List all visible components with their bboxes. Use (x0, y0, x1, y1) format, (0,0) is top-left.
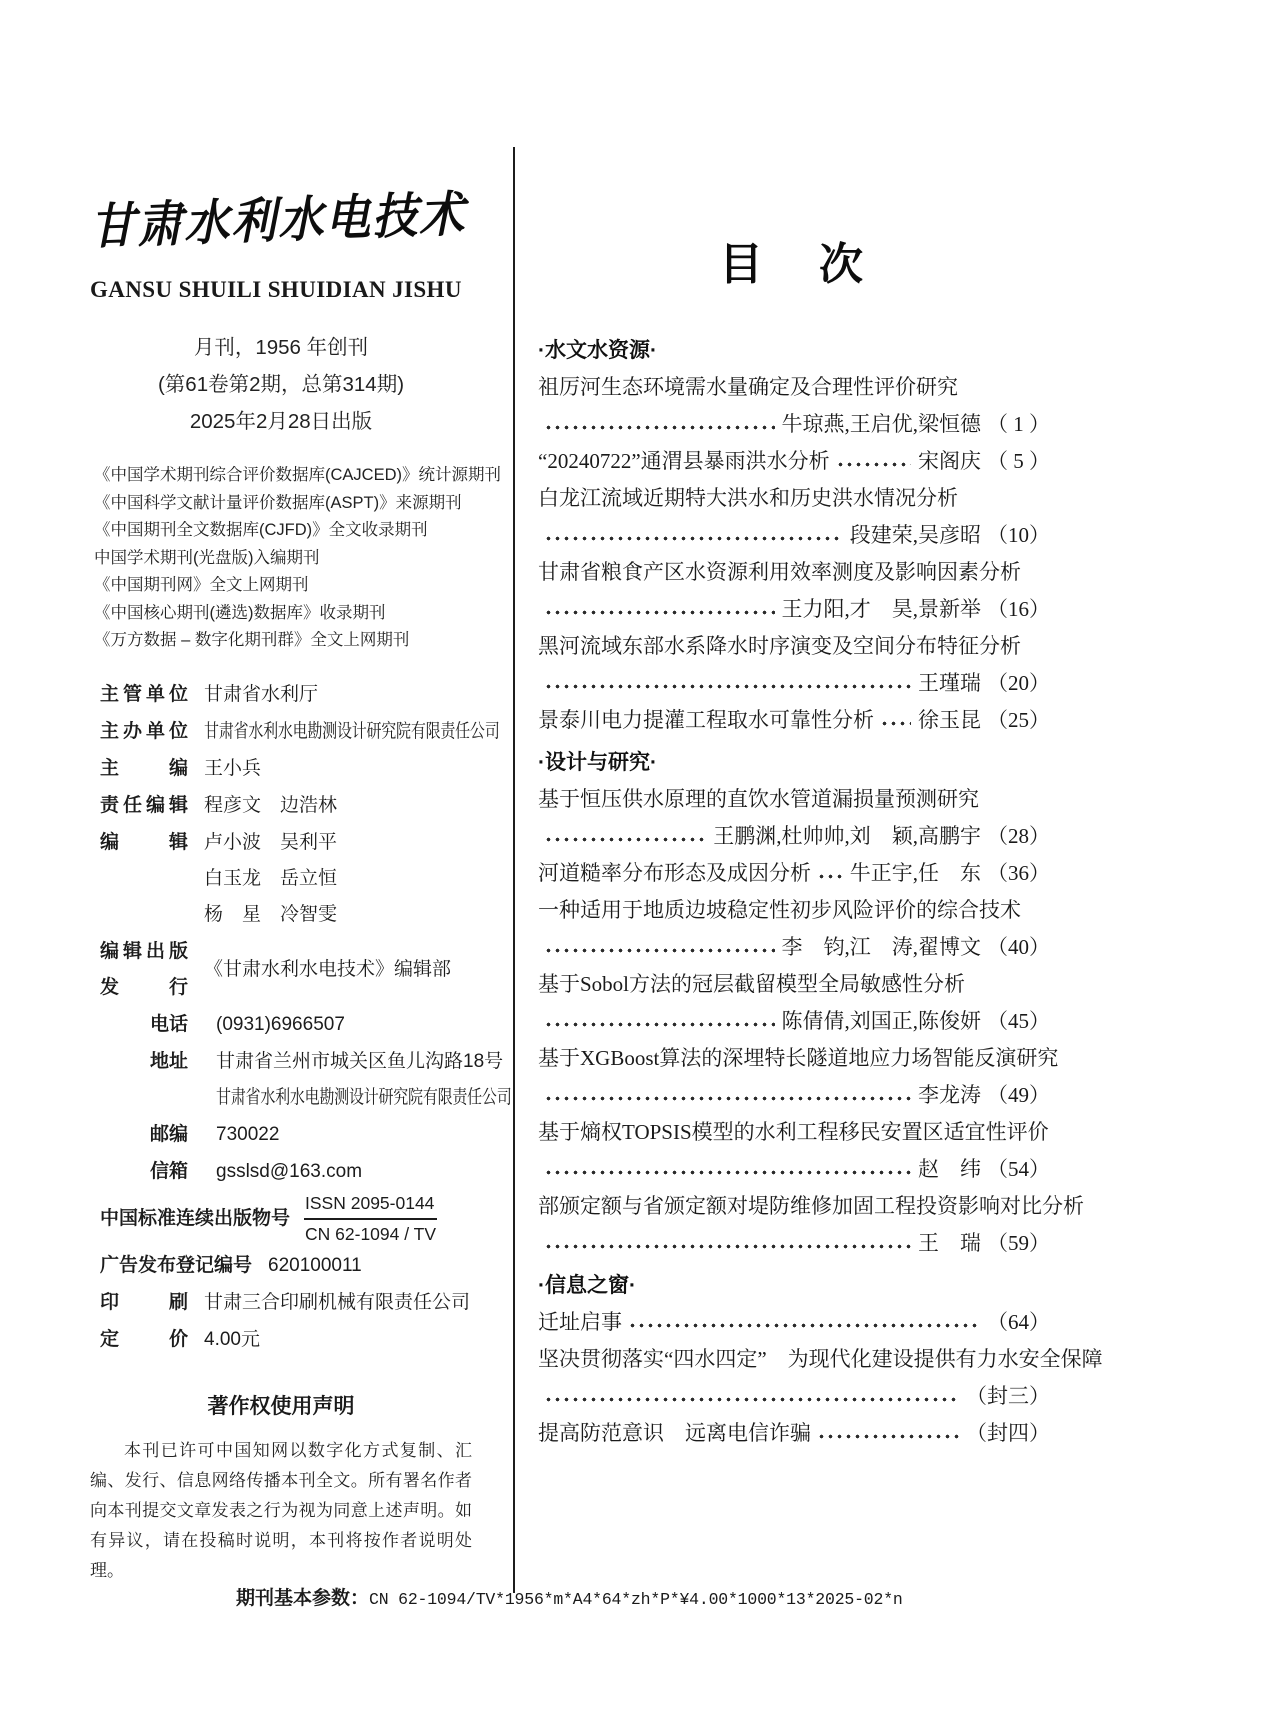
imprint-value-text: 杨 星 冷智雯 (204, 904, 337, 925)
copyright-statement-body: 本刊已许可中国知网以数字化方式复制、汇编、发行、信息网络传播本刊全文。所有署名作… (90, 1436, 472, 1586)
toc-entry: 甘肃省粮食产区水资源利用效率测度及影响因素分析王力阳,才 昊,景新举（16） (538, 554, 1050, 628)
imprint-value: 卢小波 吴利平白玉龙 岳立恒杨 星 冷智雯 (204, 825, 337, 933)
imprint-label: 广告发布登记编号 (100, 1248, 252, 1284)
imprint-row: 印刷甘肃三合印刷机械有限责任公司 (100, 1285, 472, 1321)
masthead-column: 甘肃水利水电技术 GANSU SHUILI SHUIDIAN JISHU 月刊，… (90, 190, 472, 1586)
imprint-value-line: 甘肃省水利水电勘测设计研究院有限责任公司 (204, 714, 472, 750)
toc-entry-authors: 王鹏渊,杜帅帅,刘 颖,高鹏宇 (713, 818, 981, 855)
imprint-row: 广告发布登记编号620100011 (100, 1248, 472, 1284)
toc-section-heading: ·信息之窗· (538, 1267, 1050, 1304)
imprint-value-line: 620100011 (268, 1248, 362, 1284)
imprint-value-text: 王小兵 (204, 758, 261, 779)
toc-leader-dots (542, 665, 911, 702)
toc-entry-page: （ 5 ） (987, 443, 1050, 480)
imprint-value-text: 白玉龙 岳立恒 (204, 868, 337, 889)
toc-entry-page: （封三） (966, 1378, 1050, 1415)
column-divider-line (513, 147, 515, 1593)
toc-entry: 基于Sobol方法的冠层截留模型全局敏感性分析陈倩倩,刘国正,陈俊妍（45） (538, 966, 1050, 1040)
imprint-row: 主办单位甘肃省水利水电勘测设计研究院有限责任公司 (100, 714, 472, 750)
publication-info: 月刊，1956 年创刊 (第61卷第2期，总第314期) 2025年2月28日出… (90, 329, 472, 440)
imprint-label: 邮编 (100, 1117, 188, 1153)
toc-entry-title: 黑河流域东部水系降水时序演变及空间分布特征分析 (538, 628, 1050, 665)
imprint-row: 主管单位甘肃省水利厅 (100, 677, 472, 713)
indexing-entry: 《中国期刊网》全文上网期刊 (94, 572, 472, 600)
imprint-label: 地址 (100, 1044, 188, 1080)
toc-entry-page: （40） (987, 929, 1050, 966)
toc-entry-title: 提高防范意识 远离电信诈骗 (538, 1415, 811, 1452)
imprint-value-line: 甘肃省水利水电勘测设计研究院有限责任公司 (216, 1080, 472, 1116)
toc-entry-title: 白龙江流域近期特大洪水和历史洪水情况分析 (538, 480, 1050, 517)
toc-entry-title: 迁址启事 (538, 1304, 622, 1341)
imprint-value-line: 甘肃省兰州市城关区鱼儿沟路18号 (216, 1044, 472, 1080)
toc-entry: “20240722”通渭县暴雨洪水分析宋阁庆（ 5 ） (538, 443, 1050, 480)
toc-entry: 提高防范意识 远离电信诈骗（封四） (538, 1415, 1050, 1452)
toc-leader-dots (542, 1003, 775, 1040)
imprint-block: 主管单位甘肃省水利厅主办单位甘肃省水利水电勘测设计研究院有限责任公司主编王小兵责… (90, 677, 472, 1359)
imprint-value-line: 甘肃省水利厅 (204, 677, 318, 713)
toc-entry-title: 甘肃省粮食产区水资源利用效率测度及影响因素分析 (538, 554, 1050, 591)
toc-entry-authors: 王瑾瑞 (918, 665, 981, 702)
toc-entry-row: 赵 纬（54） (538, 1151, 1050, 1188)
copyright-statement-title: 著作权使用声明 (90, 1390, 472, 1420)
toc-entry-title: 河道糙率分布形态及成因分析 (538, 855, 811, 892)
imprint-value: 甘肃三合印刷机械有限责任公司 (204, 1285, 470, 1321)
imprint-value: 730022 (216, 1117, 279, 1153)
toc-leader-dots (542, 1378, 959, 1415)
imprint-value: 4.00元 (204, 1322, 260, 1358)
toc-entry: 景泰川电力提灌工程取水可靠性分析徐玉昆（25） (538, 702, 1050, 739)
toc-entry-row: 迁址启事（64） (538, 1304, 1050, 1341)
toc-entry-authors: 赵 纬 (918, 1151, 981, 1188)
imprint-label: 主管单位 (100, 677, 188, 713)
imprint-label-line: 编辑出版 (100, 934, 188, 970)
imprint-value-text: 甘肃三合印刷机械有限责任公司 (204, 1292, 470, 1313)
footer-label: 期刊基本参数： (236, 1588, 369, 1609)
toc-entry-authors: 牛琼燕,王启优,梁恒德 (782, 406, 982, 443)
toc-entry-page: （59） (987, 1225, 1050, 1262)
toc-entry-row: 李 钧,江 涛,翟博文（40） (538, 929, 1050, 966)
imprint-label: 主办单位 (100, 714, 188, 750)
toc-entry-row: 牛琼燕,王启优,梁恒德（ 1 ） (538, 406, 1050, 443)
imprint-value: 王小兵 (204, 751, 261, 787)
imprint-row: 地址甘肃省兰州市城关区鱼儿沟路18号甘肃省水利水电勘测设计研究院有限责任公司 (100, 1044, 472, 1116)
toc-entry-page: （16） (987, 591, 1050, 628)
journal-parameters-footer: 期刊基本参数：CN 62-1094/TV*1956*m*A4*64*zh*P*¥… (236, 1583, 903, 1610)
imprint-value-text: 730022 (216, 1124, 279, 1145)
imprint-row: 中国标准连续出版物号ISSN 2095-0144CN 62-1094 / TV (100, 1191, 472, 1248)
imprint-value-text: 卢小波 吴利平 (204, 832, 337, 853)
toc-entry-row: （封三） (538, 1378, 1050, 1415)
toc-entry-page: （45） (987, 1003, 1050, 1040)
imprint-row: 定价4.00元 (100, 1322, 472, 1358)
toc-entry-page: （10） (987, 517, 1050, 554)
toc-entry-row: 段建荣,吴彦昭（10） (538, 517, 1050, 554)
toc-section-heading: ·水文水资源· (538, 332, 1050, 369)
toc-entry-authors: 李 钧,江 涛,翟博文 (782, 929, 982, 966)
toc-entry-title: 部颁定额与省颁定额对堤防维修加固工程投资影响对比分析 (538, 1188, 1050, 1225)
toc-entry-page: （封四） (966, 1415, 1050, 1452)
toc-entry-title: 一种适用于地质边坡稳定性初步风险评价的综合技术 (538, 892, 1050, 929)
indexing-entry: 中国学术期刊(光盘版)入编期刊 (94, 545, 472, 573)
journal-pinyin-title: GANSU SHUILI SHUIDIAN JISHU (90, 277, 472, 303)
toc-body: ·水文水资源·祖厉河生态环境需水量确定及合理性评价研究牛琼燕,王启优,梁恒德（ … (538, 332, 1050, 1452)
toc-entry-page: （54） (987, 1151, 1050, 1188)
indexing-entry: 《中国期刊全文数据库(CJFD)》全文收录期刊 (94, 517, 472, 545)
imprint-value: 620100011 (268, 1248, 362, 1284)
toc-leader-dots (542, 1077, 911, 1114)
imprint-value: 甘肃省水利厅 (204, 677, 318, 713)
imprint-label-line: 发行 (100, 970, 188, 1006)
toc-entry-row: 李龙涛（49） (538, 1077, 1050, 1114)
indexing-entry: 《中国学术期刊综合评价数据库(CAJCED)》统计源期刊 (94, 462, 472, 490)
toc-entry-authors: 宋阁庆 (918, 443, 981, 480)
toc-leader-dots (542, 591, 775, 628)
toc-leader-dots (834, 443, 911, 480)
imprint-value: 甘肃省兰州市城关区鱼儿沟路18号甘肃省水利水电勘测设计研究院有限责任公司 (216, 1044, 472, 1116)
toc-entry-row: 王瑾瑞（20） (538, 665, 1050, 702)
imprint-value-text: 4.00元 (204, 1329, 260, 1350)
imprint-value-text: 甘肃省水利厅 (204, 684, 318, 705)
toc-entry-title: 基于XGBoost算法的深埋特长隧道地应力场智能反演研究 (538, 1040, 1050, 1077)
imprint-value: 程彦文 边浩林 (204, 788, 337, 824)
imprint-label: 电话 (100, 1007, 188, 1043)
imprint-value: (0931)6966507 (216, 1007, 345, 1043)
imprint-row: 编辑卢小波 吴利平白玉龙 岳立恒杨 星 冷智雯 (100, 825, 472, 933)
toc-entry: 基于XGBoost算法的深埋特长隧道地应力场智能反演研究李龙涛（49） (538, 1040, 1050, 1114)
imprint-row: 主编王小兵 (100, 751, 472, 787)
toc-entry-title: 祖厉河生态环境需水量确定及合理性评价研究 (538, 369, 1050, 406)
issn-cn-fraction: ISSN 2095-0144CN 62-1094 / TV (304, 1191, 437, 1248)
toc-entry-authors: 牛正宇,任 东 (850, 855, 981, 892)
imprint-value-line: 甘肃三合印刷机械有限责任公司 (204, 1285, 470, 1321)
toc-leader-dots (542, 929, 775, 966)
toc-entry-page: （20） (987, 665, 1050, 702)
imprint-value-text: (0931)6966507 (216, 1014, 345, 1035)
imprint-value: 甘肃省水利水电勘测设计研究院有限责任公司 (204, 714, 472, 750)
imprint-row: 编辑出版发行《甘肃水利水电技术》编辑部 (100, 934, 472, 1006)
footer-value: CN 62-1094/TV*1956*m*A4*64*zh*P*¥4.00*10… (369, 1590, 903, 1609)
toc-entry-authors: 李龙涛 (918, 1077, 981, 1114)
imprint-value-text: 甘肃省水利水电勘测设计研究院有限责任公司 (204, 714, 499, 750)
imprint-row: 邮编730022 (100, 1117, 472, 1153)
imprint-label: 定价 (100, 1322, 188, 1358)
imprint-value-line: 杨 星 冷智雯 (204, 897, 337, 933)
toc-entry-page: （64） (987, 1304, 1050, 1341)
toc-entry-page: （49） (987, 1077, 1050, 1114)
imprint-value-text: 甘肃省兰州市城关区鱼儿沟路18号 (216, 1051, 503, 1072)
toc-entry-title: 基于Sobol方法的冠层截留模型全局敏感性分析 (538, 966, 1050, 1003)
toc-entry-row: 提高防范意识 远离电信诈骗（封四） (538, 1415, 1050, 1452)
toc-entry-page: （28） (987, 818, 1050, 855)
toc-entry: 基于恒压供水原理的直饮水管道漏损量预测研究王鹏渊,杜帅帅,刘 颖,高鹏宇（28） (538, 781, 1050, 855)
toc-leader-dots (626, 1304, 980, 1341)
imprint-value-text: 甘肃省水利水电勘测设计研究院有限责任公司 (216, 1080, 511, 1116)
toc-entry-title: 基于恒压供水原理的直饮水管道漏损量预测研究 (538, 781, 1050, 818)
issn-number: ISSN 2095-0144 (304, 1191, 437, 1220)
toc-leader-dots (542, 406, 775, 443)
toc-entry-row: 王 瑞（59） (538, 1225, 1050, 1262)
toc-entry: 迁址启事（64） (538, 1304, 1050, 1341)
imprint-value-line: 730022 (216, 1117, 279, 1153)
indexing-entry: 《万方数据 – 数字化期刊群》全文上网期刊 (94, 627, 472, 655)
imprint-label: 印刷 (100, 1285, 188, 1321)
imprint-value: gsslsd@163.com (216, 1154, 362, 1190)
imprint-label: 信箱 (100, 1154, 188, 1190)
imprint-value-line: 王小兵 (204, 751, 261, 787)
toc-entry: 黑河流域东部水系降水时序演变及空间分布特征分析王瑾瑞（20） (538, 628, 1050, 702)
imprint-value-line: gsslsd@163.com (216, 1154, 362, 1190)
imprint-label: 编辑出版发行 (100, 934, 188, 1006)
issue-number: (第61卷第2期，总第314期) (90, 366, 472, 403)
imprint-value-line: 卢小波 吴利平 (204, 825, 337, 861)
imprint-row: 电话(0931)6966507 (100, 1007, 472, 1043)
toc-entry: 基于熵权TOPSIS模型的水利工程移民安置区适宜性评价赵 纬（54） (538, 1114, 1050, 1188)
toc-column: 目 次 ·水文水资源·祖厉河生态环境需水量确定及合理性评价研究牛琼燕,王启优,梁… (538, 228, 1050, 1452)
publish-date: 2025年2月28日出版 (90, 403, 472, 440)
toc-entry-authors: 王力阳,才 昊,景新举 (782, 591, 982, 628)
toc-entry-authors: 段建荣,吴彦昭 (850, 517, 981, 554)
imprint-row: 信箱gsslsd@163.com (100, 1154, 472, 1190)
toc-title: 目 次 (538, 228, 1050, 292)
toc-entry-title: 坚决贯彻落实“四水四定” 为现代化建设提供有力水安全保障 (538, 1341, 1050, 1378)
toc-entry-authors: 陈倩倩,刘国正,陈俊妍 (782, 1003, 982, 1040)
journal-toc-page: 甘肃水利水电技术 GANSU SHUILI SHUIDIAN JISHU 月刊，… (0, 0, 1269, 1723)
toc-entry: 白龙江流域近期特大洪水和历史洪水情况分析段建荣,吴彦昭（10） (538, 480, 1050, 554)
toc-entry-page: （25） (987, 702, 1050, 739)
toc-entry-authors: 王 瑞 (918, 1225, 981, 1262)
imprint-value-text: 程彦文 边浩林 (204, 795, 337, 816)
imprint-value-line: 4.00元 (204, 1322, 260, 1358)
imprint-row: 责任编辑程彦文 边浩林 (100, 788, 472, 824)
imprint-value: 《甘肃水利水电技术》编辑部 (204, 952, 451, 988)
toc-leader-dots (878, 702, 911, 739)
imprint-value-text: gsslsd@163.com (216, 1161, 362, 1182)
toc-entry: 部颁定额与省颁定额对堤防维修加固工程投资影响对比分析王 瑞（59） (538, 1188, 1050, 1262)
toc-entry-page: （36） (987, 855, 1050, 892)
toc-leader-dots (542, 517, 843, 554)
cn-number: CN 62-1094 / TV (304, 1220, 437, 1247)
indexing-entry: 《中国核心期刊(遴选)数据库》收录期刊 (94, 600, 472, 628)
toc-entry-page: （ 1 ） (987, 406, 1050, 443)
toc-leader-dots (815, 855, 843, 892)
imprint-label: 主编 (100, 751, 188, 787)
publication-frequency: 月刊，1956 年创刊 (90, 329, 472, 366)
toc-entry-title: 景泰川电力提灌工程取水可靠性分析 (538, 702, 874, 739)
toc-leader-dots (542, 818, 706, 855)
journal-calligraphy-logo: 甘肃水利水电技术 (89, 174, 473, 257)
toc-entry: 坚决贯彻落实“四水四定” 为现代化建设提供有力水安全保障（封三） (538, 1341, 1050, 1415)
imprint-label: 中国标准连续出版物号 (100, 1201, 290, 1237)
toc-entry-row: 景泰川电力提灌工程取水可靠性分析徐玉昆（25） (538, 702, 1050, 739)
imprint-value-line: 白玉龙 岳立恒 (204, 861, 337, 897)
toc-entry-row: 陈倩倩,刘国正,陈俊妍（45） (538, 1003, 1050, 1040)
toc-leader-dots (815, 1415, 959, 1452)
indexing-list: 《中国学术期刊综合评价数据库(CAJCED)》统计源期刊《中国科学文献计量评价数… (90, 462, 472, 655)
toc-entry: 祖厉河生态环境需水量确定及合理性评价研究牛琼燕,王启优,梁恒德（ 1 ） (538, 369, 1050, 443)
toc-entry-row: 王鹏渊,杜帅帅,刘 颖,高鹏宇（28） (538, 818, 1050, 855)
imprint-value-line: 程彦文 边浩林 (204, 788, 337, 824)
toc-entry-title: 基于熵权TOPSIS模型的水利工程移民安置区适宜性评价 (538, 1114, 1050, 1151)
imprint-label: 编辑 (100, 825, 188, 861)
indexing-entry: 《中国科学文献计量评价数据库(ASPT)》来源期刊 (94, 490, 472, 518)
imprint-value-line: 《甘肃水利水电技术》编辑部 (204, 952, 451, 988)
imprint-label: 责任编辑 (100, 788, 188, 824)
toc-entry-row: 河道糙率分布形态及成因分析牛正宇,任 东（36） (538, 855, 1050, 892)
toc-section-heading: ·设计与研究· (538, 744, 1050, 781)
toc-entry-row: “20240722”通渭县暴雨洪水分析宋阁庆（ 5 ） (538, 443, 1050, 480)
toc-entry-row: 王力阳,才 昊,景新举（16） (538, 591, 1050, 628)
toc-entry: 一种适用于地质边坡稳定性初步风险评价的综合技术李 钧,江 涛,翟博文（40） (538, 892, 1050, 966)
imprint-value-line: (0931)6966507 (216, 1007, 345, 1043)
toc-entry-authors: 徐玉昆 (918, 702, 981, 739)
toc-leader-dots (542, 1225, 911, 1262)
toc-leader-dots (542, 1151, 911, 1188)
toc-entry-title: “20240722”通渭县暴雨洪水分析 (538, 443, 830, 480)
toc-entry: 河道糙率分布形态及成因分析牛正宇,任 东（36） (538, 855, 1050, 892)
